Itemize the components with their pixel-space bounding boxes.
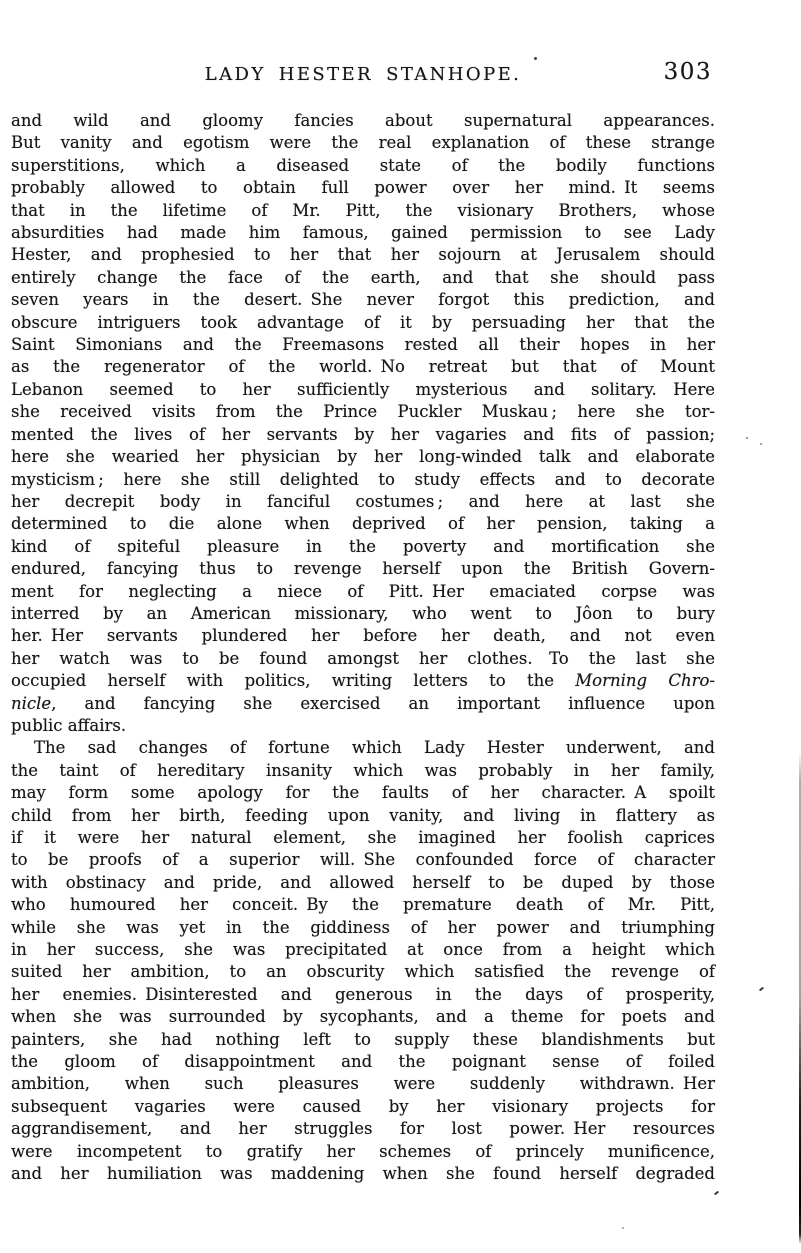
italic-text: nicle [11, 694, 51, 713]
text-line: while she was yet in the giddiness of he… [11, 917, 715, 939]
text-line: and her humiliation was maddening when s… [11, 1163, 715, 1185]
text-line: mysticism ; here she still delighted to … [11, 469, 715, 491]
text-line: painters, she had nothing left to supply… [11, 1029, 715, 1051]
text-line: if it were her natural element, she imag… [11, 827, 715, 849]
text-line: occupied herself with politics, writing … [11, 670, 715, 692]
text-line: as the regenerator of the world. No retr… [11, 356, 715, 378]
text-line: suited her ambition, to an obscurity whi… [11, 961, 715, 983]
text-line: determined to die alone when deprived of… [11, 513, 715, 535]
text-line: probably allowed to obtain full power ov… [11, 177, 715, 199]
page-number: 303 [664, 59, 712, 85]
text-line: Saint Simonians and the Freemasons reste… [11, 334, 715, 356]
text-line: she received visits from the Prince Puck… [11, 401, 715, 423]
text-line: Hester, and prophesied to her that her s… [11, 244, 715, 266]
text-line: endured, fancying thus to revenge hersel… [11, 558, 715, 580]
text-line: her watch was to be found amongst her cl… [11, 648, 715, 670]
text-line: absurdities had made him famous, gained … [11, 222, 715, 244]
text-line: the gloom of disappointment and the poig… [11, 1051, 715, 1073]
text-line: kind of spiteful pleasure in the poverty… [11, 536, 715, 558]
scan-speck [760, 443, 762, 445]
scanned-page: LADY HESTER STANHOPE. 303 and wild and g… [0, 0, 801, 1253]
italic-text: Morning Chro- [575, 671, 715, 690]
text-line: were incompetent to gratify her schemes … [11, 1141, 715, 1163]
text-line: subsequent vagaries were caused by her v… [11, 1096, 715, 1118]
text-line: entirely change the face of the earth, a… [11, 267, 715, 289]
scan-mark [759, 987, 764, 992]
text-line: Lebanon seemed to her sufficiently myste… [11, 379, 715, 401]
text-line: mented the lives of her servants by her … [11, 424, 715, 446]
text-line: superstitions, which a diseased state of… [11, 155, 715, 177]
text-line: in her success, she was precipitated at … [11, 939, 715, 961]
scan-speck [622, 1227, 624, 1229]
text-line: But vanity and egotism were the real exp… [11, 132, 715, 154]
text-line: her enemies. Disinterested and generous … [11, 984, 715, 1006]
text-line: child from her birth, feeding upon vanit… [11, 805, 715, 827]
text-line: ment for neglecting a niece of Pitt. Her… [11, 581, 715, 603]
text-line: aggrandisement, and her struggles for lo… [11, 1118, 715, 1140]
text-line: public affairs. [11, 715, 715, 737]
text-line: here she wearied her physician by her lo… [11, 446, 715, 468]
text-line: The sad changes of fortune which Lady He… [11, 737, 715, 759]
text-line: the taint of hereditary insanity which w… [11, 760, 715, 782]
text-line: who humoured her conceit. By the prematu… [11, 894, 715, 916]
text-line: her. Her servants plundered her before h… [11, 625, 715, 647]
text-line: seven years in the desert. She never for… [11, 289, 715, 311]
text-line: nicle, and fancying she exercised an imp… [11, 693, 715, 715]
page-body: and wild and gloomy fancies about supern… [11, 110, 715, 1186]
text-line: to be proofs of a superior will. She con… [11, 849, 715, 871]
text-line: when she was surrounded by sycophants, a… [11, 1006, 715, 1028]
scan-mark [714, 1191, 719, 1196]
text-line: interred by an American missionary, who … [11, 603, 715, 625]
text-line: her decrepit body in fanciful costumes ;… [11, 491, 715, 513]
page-header: LADY HESTER STANHOPE. 303 [11, 64, 715, 96]
text-line: ambition, when such pleasures were sudde… [11, 1073, 715, 1095]
text-line: may form some apology for the faults of … [11, 782, 715, 804]
text-line: that in the lifetime of Mr. Pitt, the vi… [11, 200, 715, 222]
scan-speck [534, 57, 537, 60]
text-line: obscure intriguers took advantage of it … [11, 312, 715, 334]
scan-speck [746, 437, 748, 439]
page-title: LADY HESTER STANHOPE. [11, 64, 715, 85]
text-line: and wild and gloomy fancies about supern… [11, 110, 715, 132]
text-line: with obstinacy and pride, and allowed he… [11, 872, 715, 894]
